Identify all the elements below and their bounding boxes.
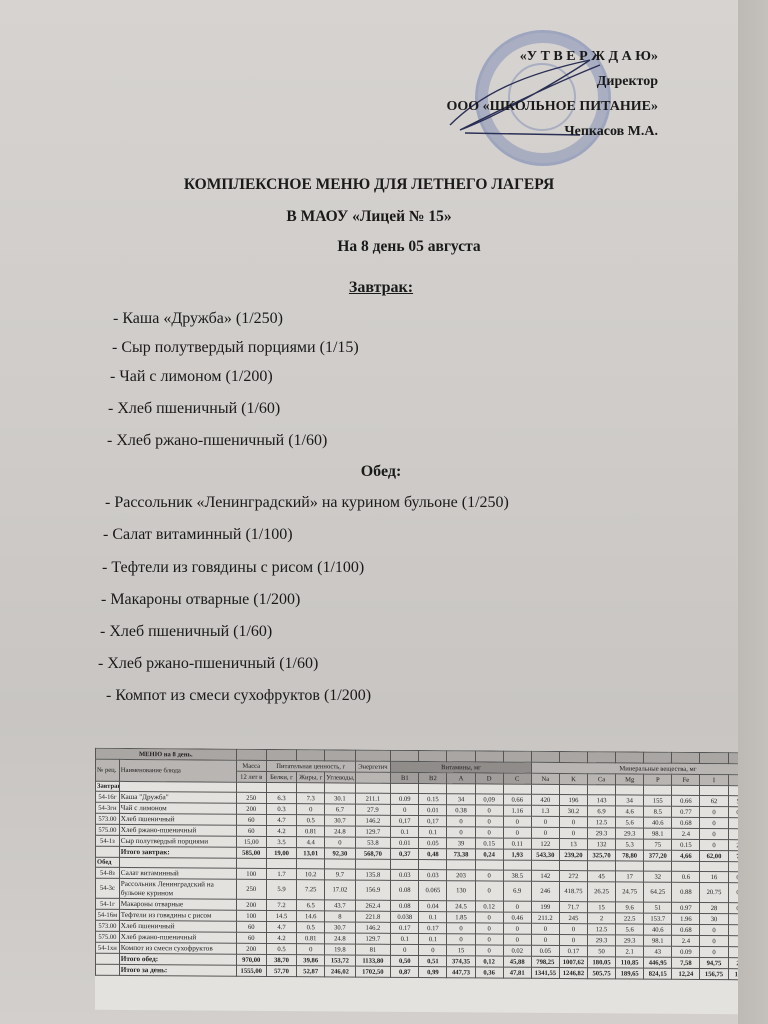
cell-value: 211.2 — [531, 912, 559, 923]
recipe-number: 54-1г — [96, 898, 120, 909]
cell-value: 15,00 — [236, 836, 266, 847]
cell-value: 40.6 — [644, 817, 672, 828]
cell-value: 1246,82 — [559, 967, 587, 978]
cell-value: 156.9 — [355, 880, 391, 900]
cell-value: 447,73 — [447, 967, 475, 978]
cell-value: 0,99 — [419, 967, 447, 978]
cell-value: 0.04 — [419, 901, 447, 912]
cell-value: 7,58 — [672, 957, 700, 968]
dish-name: Рассольник Ленинградский на бульоне кури… — [119, 878, 236, 899]
cell-value: 0,36 — [475, 967, 503, 978]
cell-value: 2.18 — [728, 840, 738, 851]
cell-value: 6.5 — [297, 900, 325, 911]
cell-value: 0 — [447, 934, 475, 945]
recipe-number — [96, 846, 120, 857]
cell-value: 200 — [236, 899, 266, 910]
cell-value: 13,01 — [297, 848, 325, 859]
dish-name: Итого обед: — [119, 953, 236, 965]
cell-value: 0 — [531, 816, 559, 827]
cell-value: 0.05 — [419, 838, 447, 849]
cell-value: 0 — [297, 804, 325, 815]
cell-value: 100 — [236, 910, 266, 921]
col-dish-name: Наименование блюда — [119, 759, 236, 782]
dish-name: Макароны отварные — [119, 898, 236, 910]
cell-value: 1,93 — [503, 849, 531, 860]
cell-value: 0,37 — [391, 848, 419, 859]
cell-value: 100 — [236, 868, 266, 879]
cell-value: 420 — [531, 794, 559, 805]
cell-value: 1.7 — [266, 868, 296, 879]
cell-value: 53.8 — [355, 837, 391, 848]
column-header: Na — [531, 773, 559, 784]
column-header — [355, 772, 391, 783]
cell-value: 0 — [559, 827, 587, 838]
column-header: A — [447, 773, 475, 784]
cell-value: 0 — [559, 934, 587, 945]
cell-value: 250 — [236, 879, 266, 899]
cell-value: 0.09 — [672, 946, 700, 957]
dish-name: Чай с лимоном — [119, 802, 236, 814]
cell-value: 0 — [475, 912, 503, 923]
cell-value: 62,00 — [700, 850, 728, 861]
cell-value: 0.68 — [672, 817, 700, 828]
lunch-item: - Тефтели из говядины с рисом (1/100) — [102, 559, 364, 577]
approval-block: «У Т В Е Р Ж Д А Ю» Директор ООО «ШКОЛЬН… — [447, 44, 659, 144]
col-mass-group: Масса — [236, 760, 266, 771]
cell-value: 135.8 — [355, 869, 391, 880]
cell-value: 38,70 — [266, 954, 296, 965]
cell-value: 245 — [559, 912, 587, 923]
cell-value: 0,09 — [475, 794, 503, 805]
cell-value: 94,75 — [700, 957, 728, 968]
cell-value: 156,75 — [700, 968, 728, 979]
cell-value: 0.15 — [419, 794, 447, 805]
cell-value: 246,02 — [325, 966, 355, 977]
cell-value: 221.8 — [355, 911, 391, 922]
cell-value: 24.8 — [325, 933, 355, 944]
cell-value: 1.6 — [728, 914, 738, 925]
cell-value: 122 — [531, 838, 559, 849]
cell-value: 4.7 — [266, 921, 296, 932]
cell-value: 189,65 — [616, 968, 644, 979]
cell-value: 142 — [531, 870, 559, 881]
cell-value: 0.01 — [419, 805, 447, 816]
cell-value: 0 — [475, 816, 503, 827]
cell-value: 1702,50 — [355, 966, 391, 977]
cell-value: 199 — [531, 901, 559, 912]
cell-value: 0.38 — [447, 805, 475, 816]
column-header: C — [503, 773, 531, 784]
cell-value: 239,20 — [559, 849, 587, 860]
cell-value: 7.3 — [297, 793, 325, 804]
cell-value: 2.4 — [672, 828, 700, 839]
cell-value: 0.66 — [503, 794, 531, 805]
section-label: Завтрак — [96, 781, 120, 791]
cell-value: 15 — [588, 902, 616, 913]
dish-name: Хлеб пшеничный — [119, 920, 236, 932]
cell-value: 200 — [236, 943, 266, 954]
cell-value: 5.11 — [728, 796, 738, 807]
recipe-number: 54-16г — [96, 791, 120, 802]
cell-value: 377,20 — [644, 850, 672, 861]
cell-value: 2 — [588, 913, 616, 924]
cell-value: 26.25 — [588, 882, 616, 902]
cell-value: 30.7 — [325, 922, 355, 933]
cell-value: 0,17 — [419, 816, 447, 827]
cell-value: 0.66 — [672, 795, 700, 806]
cell-value: 51 — [644, 902, 672, 913]
column-header: Fe — [672, 774, 700, 785]
nutrition-table: МЕНЮ на 8 день. № рец. Наименование блюд… — [95, 748, 738, 981]
cell-value: 34 — [447, 794, 475, 805]
recipe-number: 54-8з — [96, 867, 120, 878]
cell-value: 0.065 — [419, 881, 447, 901]
cell-value: 1555,00 — [236, 965, 266, 976]
cell-value: 0.1 — [391, 826, 419, 837]
cell-value: 0 — [503, 934, 531, 945]
cell-value: 0 — [700, 817, 728, 828]
approval-heading: «У Т В Е Р Ж Д А Ю» — [447, 44, 659, 69]
cell-value: 1341,55 — [531, 967, 559, 978]
cell-value: 19,00 — [266, 847, 296, 858]
recipe-number: 54-1з — [96, 835, 120, 846]
cell-value: 1.3 — [531, 805, 559, 816]
cell-value: 20.75 — [700, 882, 728, 902]
breakfast-item: - Хлеб ржано-пшеничный (1/60) — [107, 432, 327, 450]
cell-value: 970,00 — [236, 954, 266, 965]
recipe-number — [96, 964, 120, 975]
dish-name: Хлеб ржано-пшеничный — [119, 824, 236, 836]
cell-value: 12,24 — [672, 968, 700, 979]
cell-value: 0.1 — [391, 933, 419, 944]
recipe-number: 573.00 — [96, 920, 120, 931]
cell-value: 132 — [588, 839, 616, 850]
cell-value: 10,20 — [728, 969, 738, 980]
column-header: Se — [728, 775, 738, 786]
cell-value: 0.5 — [297, 815, 325, 826]
background-surface — [738, 0, 768, 1024]
cell-value: 0 — [475, 945, 503, 956]
cell-value: 0.77 — [672, 806, 700, 817]
dish-name: Хлеб ржано-пшеничный — [119, 931, 236, 943]
dish-name: Тефтели из говядины с рисом — [119, 909, 236, 921]
cell-value: 374,35 — [447, 956, 475, 967]
cell-value: 824,15 — [644, 968, 672, 979]
cell-value: 12.5 — [588, 817, 616, 828]
dish-name: Итого завтрак: — [119, 846, 236, 858]
cell-value: 7,31 — [728, 851, 738, 862]
approval-organization: ООО «ШКОЛЬНОЕ ПИТАНИЕ» — [447, 94, 659, 119]
cell-value: 0,12 — [475, 956, 503, 967]
cell-value: 10.2 — [297, 869, 325, 880]
cell-value: 0.03 — [419, 870, 447, 881]
cell-value: 130 — [447, 881, 475, 901]
cell-value: 0.01 — [391, 837, 419, 848]
cell-value: 27.9 — [355, 804, 391, 815]
dish-name: Компот из смеси сухофруктов — [119, 942, 236, 954]
cell-value: 0.6 — [672, 871, 700, 882]
cell-value: 0,48 — [419, 849, 447, 860]
cell-value: 0 — [700, 946, 728, 957]
cell-value: 17 — [616, 871, 644, 882]
cell-value: 0.15 — [475, 838, 503, 849]
cell-value: 57,70 — [266, 965, 296, 976]
cell-value: 71.7 — [559, 901, 587, 912]
cell-value: 0 — [531, 827, 559, 838]
cell-value: 0 — [503, 923, 531, 934]
cell-value: 0 — [391, 804, 419, 815]
cell-value: 24.8 — [325, 826, 355, 837]
cell-value: 143 — [588, 795, 616, 806]
cell-value: 30.2 — [559, 805, 587, 816]
cell-value: 60 — [236, 921, 266, 932]
cell-value: 0 — [391, 944, 419, 955]
nutrition-table-sheet: МЕНЮ на 8 день. № рец. Наименование блюд… — [95, 748, 738, 1014]
approval-signatory: Чепкасов М.А. — [447, 119, 659, 144]
cell-value: 2.4 — [672, 935, 700, 946]
cell-value: 16 — [700, 871, 728, 882]
cell-value: 29.3 — [588, 935, 616, 946]
cell-value: 7.25 — [297, 880, 325, 900]
cell-value: 60 — [236, 932, 266, 943]
cell-value: 47,81 — [503, 967, 531, 978]
cell-value: 62 — [700, 795, 728, 806]
cell-value: 0,50 — [391, 955, 419, 966]
cell-value: 6.9 — [588, 806, 616, 817]
lunch-heading: Обед: — [12, 463, 750, 481]
dish-name: Каша "Дружба" — [119, 791, 236, 803]
lunch-item: - Хлеб ржано-пшеничный (1/60) — [98, 655, 318, 673]
cell-value: 24.5 — [447, 901, 475, 912]
cell-value: 8 — [325, 911, 355, 922]
cell-value: 0.81 — [297, 826, 325, 837]
cell-value: 73,38 — [447, 849, 475, 860]
cell-value: 17.02 — [325, 880, 355, 900]
cell-value: 146.2 — [355, 815, 391, 826]
cell-value: 98.1 — [644, 935, 672, 946]
cell-value: 4.7 — [266, 814, 296, 825]
cell-value: 0.17 — [391, 922, 419, 933]
cell-value: 30.1 — [325, 793, 355, 804]
cell-value: 14.6 — [297, 911, 325, 922]
cell-value: 98.1 — [644, 828, 672, 839]
cell-value: 568,70 — [355, 848, 391, 859]
cell-value: 129.7 — [355, 933, 391, 944]
cell-value: 24.75 — [616, 882, 644, 902]
document-title: КОМПЛЕКСНОЕ МЕНЮ ДЛЯ ЛЕТНЕГО ЛАГЕРЯ — [0, 176, 738, 194]
cell-value: 0 — [700, 839, 728, 850]
recipe-number: 54-3гн — [96, 802, 120, 813]
cell-value: 505,75 — [588, 968, 616, 979]
cell-value: 0.1 — [419, 827, 447, 838]
cell-value: 50 — [588, 946, 616, 957]
cell-value: 262.4 — [355, 900, 391, 911]
cell-value: 0.05 — [531, 945, 559, 956]
cell-value: 325,70 — [588, 850, 616, 861]
col-recipe-no: № рец. — [96, 759, 120, 781]
cell-value: 0 — [700, 935, 728, 946]
cell-value: 92,30 — [325, 848, 355, 859]
cell-value: 75 — [644, 839, 672, 850]
cell-value: 19.8 — [325, 944, 355, 955]
lunch-item: - Макароны отварные (1/200) — [101, 591, 300, 609]
recipe-number: 573.00 — [96, 813, 120, 824]
cell-value: 110,85 — [616, 957, 644, 968]
cell-value: 64.25 — [644, 882, 672, 902]
cell-value: 0,17 — [391, 815, 419, 826]
cell-value: 418.75 — [559, 881, 587, 901]
cell-value: 0.17 — [419, 923, 447, 934]
document-subtitle: В МАОУ «Лицей № 15» — [0, 208, 738, 226]
cell-value: 0 — [419, 945, 447, 956]
cell-value: 45 — [588, 871, 616, 882]
breakfast-item: - Чай с лимоном (1/200) — [110, 368, 273, 386]
lunch-item: - Хлеб пшеничный (1/60) — [100, 623, 272, 641]
cell-value: 60 — [236, 825, 266, 836]
lunch-item: - Компот из смеси сухофруктов (1/200) — [106, 687, 371, 705]
cell-value: 0.038 — [391, 911, 419, 922]
cell-value: 29.3 — [588, 828, 616, 839]
breakfast-heading: Завтрак: — [12, 279, 750, 297]
cell-value: 40.6 — [644, 924, 672, 935]
cell-value: 211.1 — [355, 793, 391, 804]
cell-value: 585,00 — [236, 847, 266, 858]
cell-value: 34 — [616, 795, 644, 806]
cell-value: 446,95 — [644, 957, 672, 968]
cell-value: 1.85 — [447, 912, 475, 923]
cell-value: 2.1 — [616, 946, 644, 957]
cell-value: 0 — [475, 881, 503, 901]
cell-value: 153.7 — [644, 913, 672, 924]
cell-value: 0 — [728, 925, 738, 936]
cell-value: 0.08 — [391, 880, 419, 900]
cell-value: 60 — [236, 814, 266, 825]
cell-value: 246 — [531, 881, 559, 901]
cell-value: 0,87 — [391, 966, 419, 977]
cell-value: 196 — [559, 794, 587, 805]
lunch-item: - Рассольник «Ленинградский» на курином … — [105, 494, 509, 512]
cell-value: 0 — [503, 901, 531, 912]
cell-value: 153,72 — [325, 955, 355, 966]
col-energy-group: Энергетич — [355, 761, 391, 772]
cell-value: 0.81 — [297, 933, 325, 944]
cell-value: 30 — [700, 913, 728, 924]
cell-value: 4.2 — [266, 825, 296, 836]
column-header: D — [475, 773, 503, 784]
cell-value: 0 — [447, 816, 475, 827]
column-header: 12 лет в — [236, 771, 266, 782]
cell-value: 0.68 — [672, 924, 700, 935]
recipe-number: 575.00 — [96, 824, 120, 835]
document-date: На 8 день 05 августа — [40, 238, 768, 256]
cell-value: 0 — [475, 934, 503, 945]
cell-value: 5.3 — [616, 839, 644, 850]
cell-value: 1.16 — [503, 805, 531, 816]
column-header: Углеводы, г — [325, 772, 355, 783]
cell-value: 0.15 — [672, 839, 700, 850]
lunch-item: - Салат витаминный (1/100) — [103, 526, 293, 544]
cell-value: 2,89 — [728, 958, 738, 969]
cell-value: 0.17 — [559, 945, 587, 956]
cell-value: 38.5 — [503, 870, 531, 881]
cell-value: 29.3 — [616, 935, 644, 946]
cell-value: 129.7 — [355, 826, 391, 837]
cell-value: 0.88 — [672, 882, 700, 902]
cell-value: 9.7 — [325, 869, 355, 880]
cell-value: 1007,62 — [559, 956, 587, 967]
recipe-number: 575.00 — [96, 931, 120, 942]
column-header: Ca — [588, 774, 616, 785]
cell-value: 28 — [700, 902, 728, 913]
cell-value: 0 — [475, 870, 503, 881]
cell-value: 0.02 — [728, 807, 738, 818]
cell-value: 22.5 — [616, 913, 644, 924]
cell-value: 78,80 — [616, 850, 644, 861]
cell-value: 0 — [728, 829, 738, 840]
cell-value: 0 — [728, 818, 738, 829]
cell-value: 0 — [325, 837, 355, 848]
cell-value: 0 — [475, 805, 503, 816]
dish-name: Сыр полутвердый порциями — [119, 835, 236, 847]
cell-value: 0 — [531, 934, 559, 945]
cell-value: 6.9 — [503, 881, 531, 901]
cell-value: 32 — [644, 871, 672, 882]
cell-value: 180,05 — [588, 957, 616, 968]
column-header: Mg — [616, 774, 644, 785]
column-header: B1 — [391, 772, 419, 783]
cell-value: 0.1 — [419, 934, 447, 945]
cell-value: 0 — [297, 944, 325, 955]
cell-value: 5.9 — [266, 879, 296, 899]
cell-value: 0.27 — [728, 872, 738, 883]
cell-value: 0.08 — [728, 903, 738, 914]
document-page: «У Т В Е Р Ж Д А Ю» Директор ООО «ШКОЛЬН… — [0, 0, 738, 1024]
cell-value: 0 — [728, 947, 738, 958]
column-header: Жиры, г — [297, 772, 325, 783]
cell-value: 81 — [355, 944, 391, 955]
cell-value: 0 — [447, 923, 475, 934]
recipe-number: 54-1хн — [96, 942, 120, 953]
column-header: Белки, г — [266, 771, 296, 782]
cell-value: 5.6 — [616, 817, 644, 828]
cell-value: 39,86 — [297, 955, 325, 966]
cell-value: 12.5 — [588, 924, 616, 935]
recipe-number: 54-3с — [96, 878, 120, 898]
cell-value: 29.3 — [616, 828, 644, 839]
cell-value: 43.7 — [325, 900, 355, 911]
cell-value: 15 — [447, 945, 475, 956]
cell-value: 7.2 — [266, 899, 296, 910]
col-nutrition-group: Питательная ценность, г — [266, 760, 355, 772]
section-label: Обед — [96, 857, 120, 867]
cell-value: 146.2 — [355, 922, 391, 933]
cell-value: 4.6 — [616, 806, 644, 817]
dish-name: Салат витаминный — [119, 867, 236, 879]
cell-value: 0.09 — [391, 793, 419, 804]
cell-value: 0 — [447, 827, 475, 838]
breakfast-item: - Каша «Дружба» (1/250) — [113, 310, 283, 328]
cell-value: 0 — [503, 816, 531, 827]
cell-value: 5.6 — [616, 924, 644, 935]
cell-value: 0 — [475, 923, 503, 934]
cell-value: 0 — [700, 806, 728, 817]
cell-value: 0.5 — [266, 943, 296, 954]
cell-value: 798,25 — [531, 956, 559, 967]
cell-value: 0 — [700, 828, 728, 839]
column-header: I — [700, 774, 728, 785]
cell-value: 0.03 — [391, 869, 419, 880]
cell-value: 0.97 — [672, 902, 700, 913]
